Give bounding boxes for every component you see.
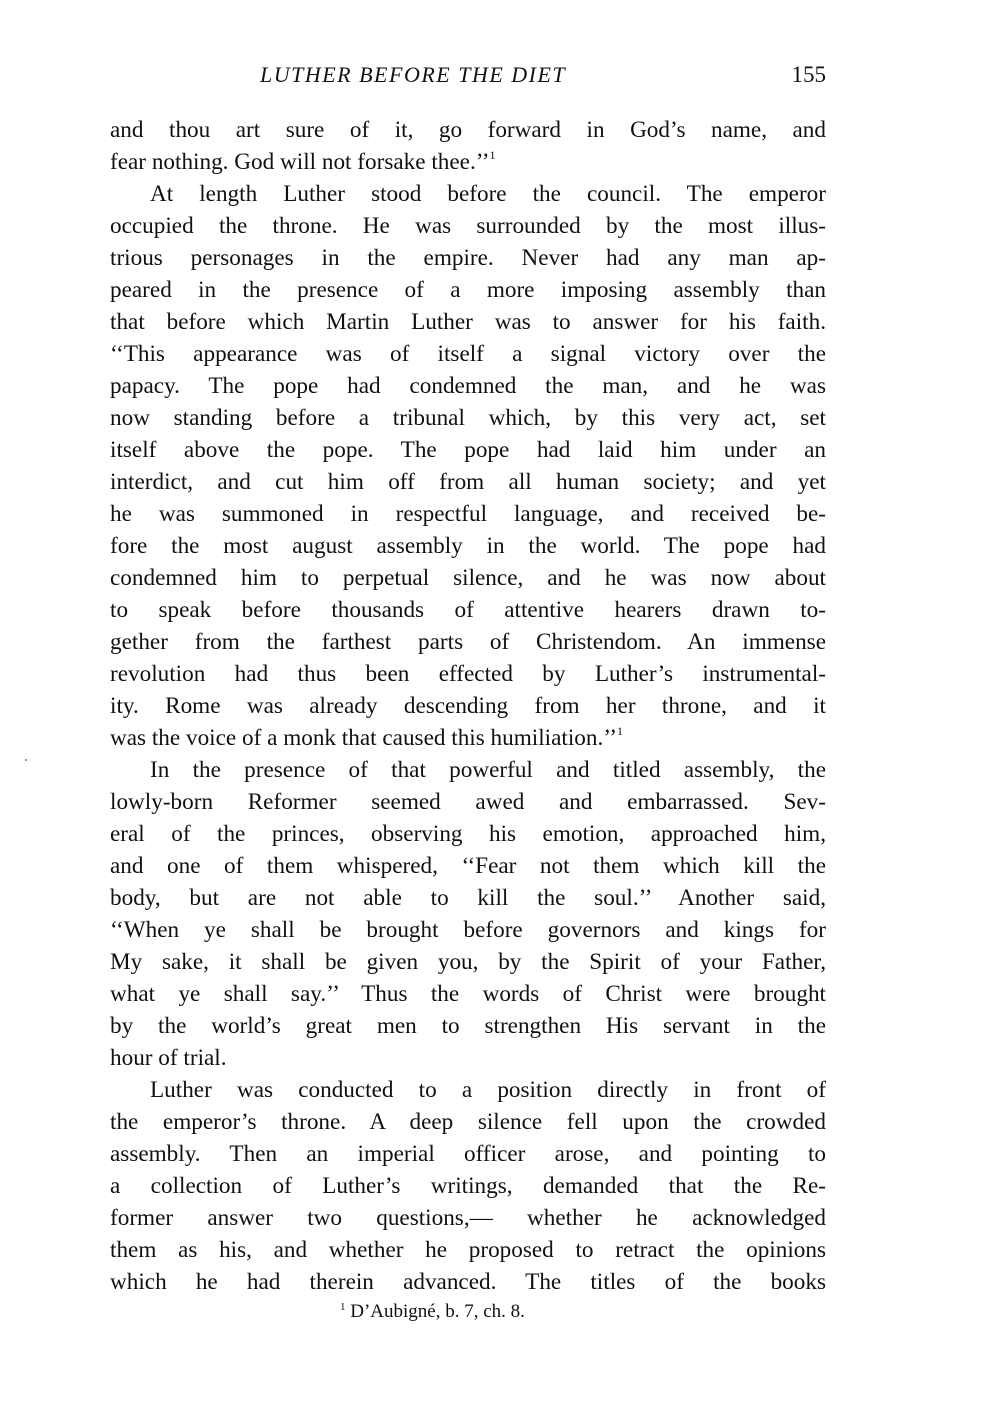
footnote-text: D’Aubigné, b. 7, ch. 8. [350, 1301, 525, 1322]
text-line: a collection of Luther’s writings, deman… [110, 1170, 826, 1202]
paragraph: and thou art sure of it, go forward in G… [110, 114, 826, 178]
text-line: At length Luther stood before the counci… [110, 178, 826, 210]
paragraph: In the presence of that powerful and tit… [110, 754, 826, 1074]
text-line: he was summoned in respectful language, … [110, 498, 826, 530]
text-line: Luther was conducted to a position direc… [110, 1074, 826, 1106]
text-line-content: fear nothing. God will not forsake thee.… [110, 149, 489, 175]
text-line: itself above the pope. The pope had laid… [110, 434, 826, 466]
footnote-marker: 1 [340, 1301, 346, 1313]
text-line: hour of trial. [110, 1042, 826, 1074]
text-line: ‘‘When ye shall be brought before govern… [110, 914, 826, 946]
text-line: lowly-born Reformer seemed awed and emba… [110, 786, 826, 818]
text-line: that before which Martin Luther was to a… [110, 306, 826, 338]
text-line: ity. Rome was already descending from he… [110, 690, 826, 722]
text-line: assembly. Then an imperial officer arose… [110, 1138, 826, 1170]
text-line: by the world’s great men to strengthen H… [110, 1010, 826, 1042]
body-text: and thou art sure of it, go forward in G… [110, 114, 826, 1298]
text-line: and one of them whispered, ‘‘Fear not th… [110, 850, 826, 882]
running-title: LUTHER BEFORE THE DIET [260, 62, 566, 88]
text-line: trious personages in the empire. Never h… [110, 242, 826, 274]
text-line: peared in the presence of a more imposin… [110, 274, 826, 306]
text-line: them as his, and whether he proposed to … [110, 1234, 826, 1266]
text-line: occupied the throne. He was surrounded b… [110, 210, 826, 242]
text-line: My sake, it shall be given you, by the S… [110, 946, 826, 978]
text-line: former answer two questions,— whether he… [110, 1202, 826, 1234]
text-line: fore the most august assembly in the wor… [110, 530, 826, 562]
footnote-reference: 1 [617, 724, 623, 738]
page-number: 155 [792, 62, 827, 88]
paragraph: Luther was conducted to a position direc… [110, 1074, 826, 1298]
text-line: body, but are not able to kill the soul.… [110, 882, 826, 914]
text-line: condemned him to perpetual silence, and … [110, 562, 826, 594]
text-line: fear nothing. God will not forsake thee.… [110, 146, 826, 178]
footnote-reference: 1 [489, 148, 495, 162]
text-line: revolution had thus been effected by Lut… [110, 658, 826, 690]
text-line: now standing before a tribunal which, by… [110, 402, 826, 434]
text-line: In the presence of that powerful and tit… [110, 754, 826, 786]
text-line: was the voice of a monk that caused this… [110, 722, 826, 754]
text-line: interdict, and cut him off from all huma… [110, 466, 826, 498]
text-line: the emperor’s throne. A deep silence fel… [110, 1106, 826, 1138]
text-line: which he had therein advanced. The title… [110, 1266, 826, 1298]
text-line: to speak before thousands of attentive h… [110, 594, 826, 626]
footnote: 1 D’Aubigné, b. 7, ch. 8. [340, 1300, 525, 1324]
text-line: eral of the princes, observing his emoti… [110, 818, 826, 850]
paragraph: At length Luther stood before the counci… [110, 178, 826, 754]
scan-speck [25, 759, 27, 761]
text-line: and thou art sure of it, go forward in G… [110, 114, 826, 146]
text-line: gether from the farthest parts of Christ… [110, 626, 826, 658]
text-line: ‘‘This appearance was of itself a signal… [110, 338, 826, 370]
running-head: LUTHER BEFORE THE DIET 155 [110, 62, 826, 92]
text-line: what ye shall say.’’ Thus the words of C… [110, 978, 826, 1010]
text-line-content: was the voice of a monk that caused this… [110, 725, 617, 751]
text-line: papacy. The pope had condemned the man, … [110, 370, 826, 402]
